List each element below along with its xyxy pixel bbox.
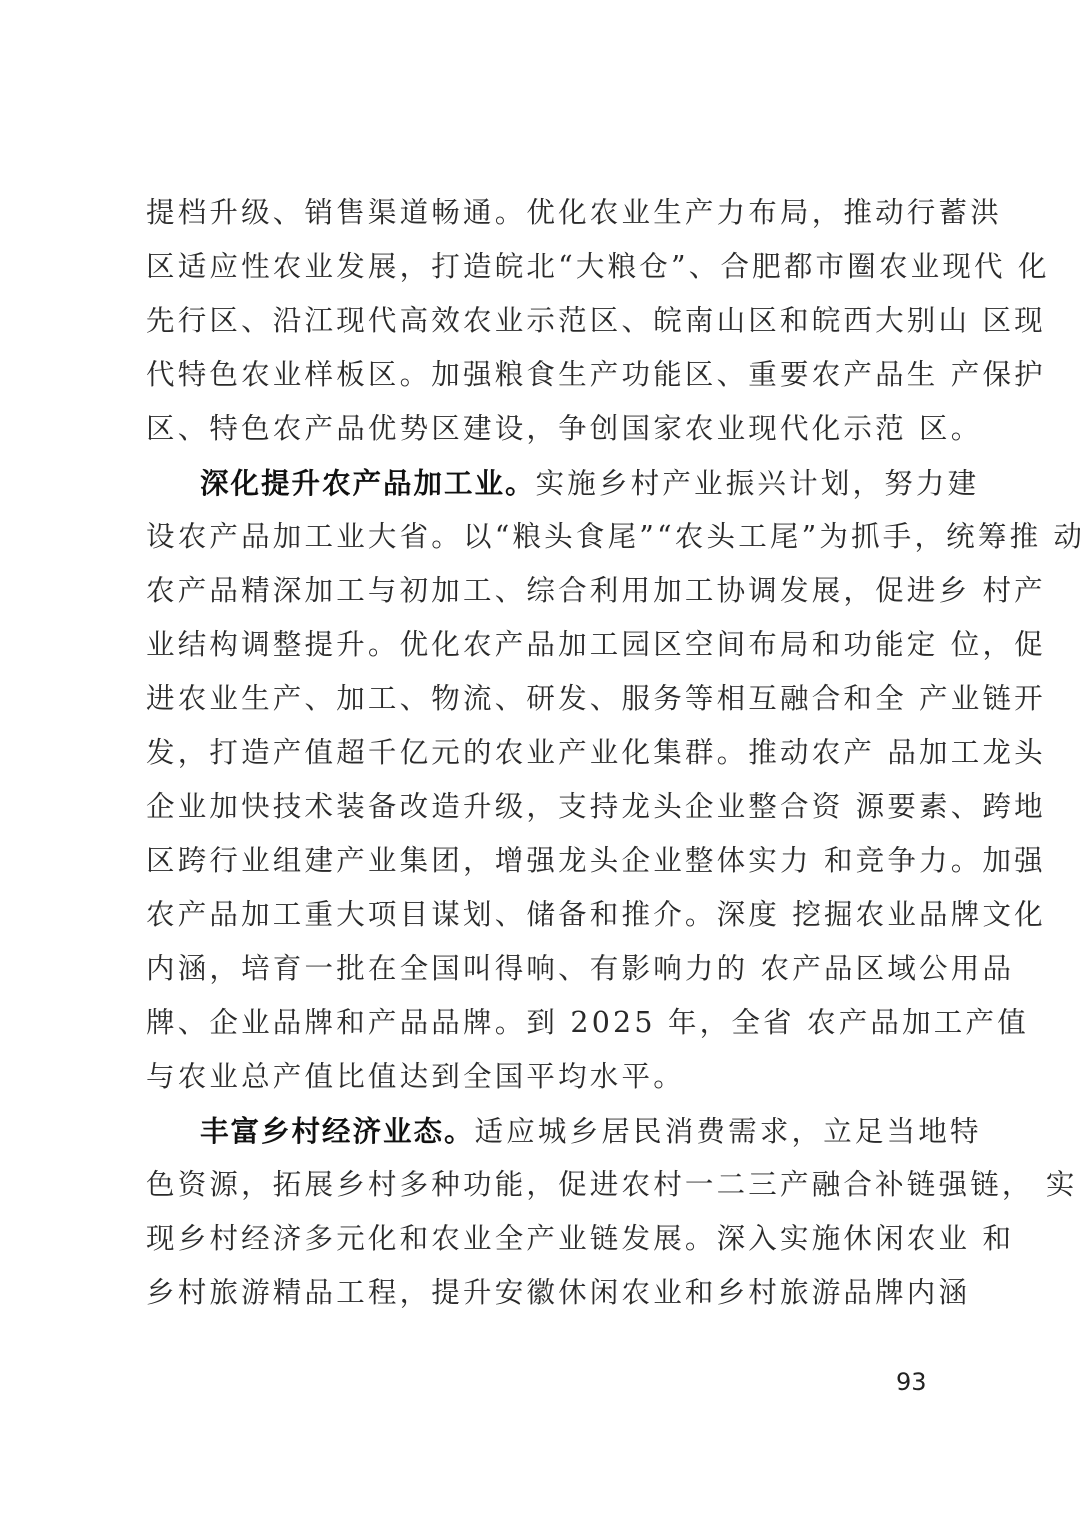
paragraph-heading: 深化提升农产品加工业。 xyxy=(200,466,536,500)
text-line: 进农业生产、加工、物流、研发、服务等相互融合和全 产业链开 xyxy=(146,679,946,719)
paragraph-first-line: 深化提升农产品加工业。实施乡村产业振兴计划，努力建 xyxy=(200,463,946,503)
text-line: 牌、企业品牌和产品品牌。到 2025 年，全省 农产品加工产值 xyxy=(146,1003,946,1043)
text-line: 代特色农业样板区。加强粮食生产功能区、重要农产品生 产保护 xyxy=(146,355,946,395)
text-line: 内涵，培育一批在全国叫得响、有影响力的 农产品区域公用品 xyxy=(146,949,946,989)
text-line: 企业加快技术装备改造升级，支持龙头企业整合资 源要素、跨地 xyxy=(146,787,946,827)
text-line: 发，打造产值超千亿元的农业产业化集群。推动农产 品加工龙头 xyxy=(146,733,946,773)
text-line: 区适应性农业发展，打造皖北“大粮仓”、合肥都市圈农业现代 化 xyxy=(146,247,946,287)
text-line: 色资源，拓展乡村多种功能，促进农村一二三产融合补链强链， 实 xyxy=(146,1165,946,1205)
paragraph-first-line: 丰富乡村经济业态。适应城乡居民消费需求，立足当地特 xyxy=(200,1111,946,1151)
paragraph-heading: 丰富乡村经济业态。 xyxy=(200,1114,475,1148)
text-line: 先行区、沿江现代高效农业示范区、皖南山区和皖西大别山 区现 xyxy=(146,301,946,341)
text-line: 现乡村经济多元化和农业全产业链发展。深入实施休闲农业 和 xyxy=(146,1219,946,1259)
text-line: 提档升级、销售渠道畅通。优化农业生产力布局，推动行蓄洪 xyxy=(146,193,946,233)
text-line: 区、特色农产品优势区建设，争创国家农业现代化示范 区。 xyxy=(146,409,946,449)
text-line: 农产品精深加工与初加工、综合利用加工协调发展，促进乡 村产 xyxy=(146,571,946,611)
text-line: 区跨行业组建产业集团，增强龙头企业整体实力 和竞争力。加强 xyxy=(146,841,946,881)
text-line: 业结构调整提升。优化农产品加工园区空间布局和功能定 位，促 xyxy=(146,625,946,665)
text-line: 与农业总产值比值达到全国平均水平。 xyxy=(146,1057,946,1097)
document-page: 提档升级、销售渠道畅通。优化农业生产力布局，推动行蓄洪 区适应性农业发展，打造皖… xyxy=(0,0,1080,1527)
text-span: 实施乡村产业振兴计划，努力建 xyxy=(536,467,980,500)
text-line: 乡村旅游精品工程，提升安徽休闲农业和乡村旅游品牌内涵 xyxy=(146,1273,946,1313)
text-line: 农产品加工重大项目谋划、储备和推介。深度 挖掘农业品牌文化 xyxy=(146,895,946,935)
page-number: 93 xyxy=(896,1368,927,1396)
text-span: 适应城乡居民消费需求，立足当地特 xyxy=(475,1115,982,1148)
text-line: 设农产品加工业大省。以“粮头食尾”“农头工尾”为抓手，统筹推 动 xyxy=(146,517,946,557)
